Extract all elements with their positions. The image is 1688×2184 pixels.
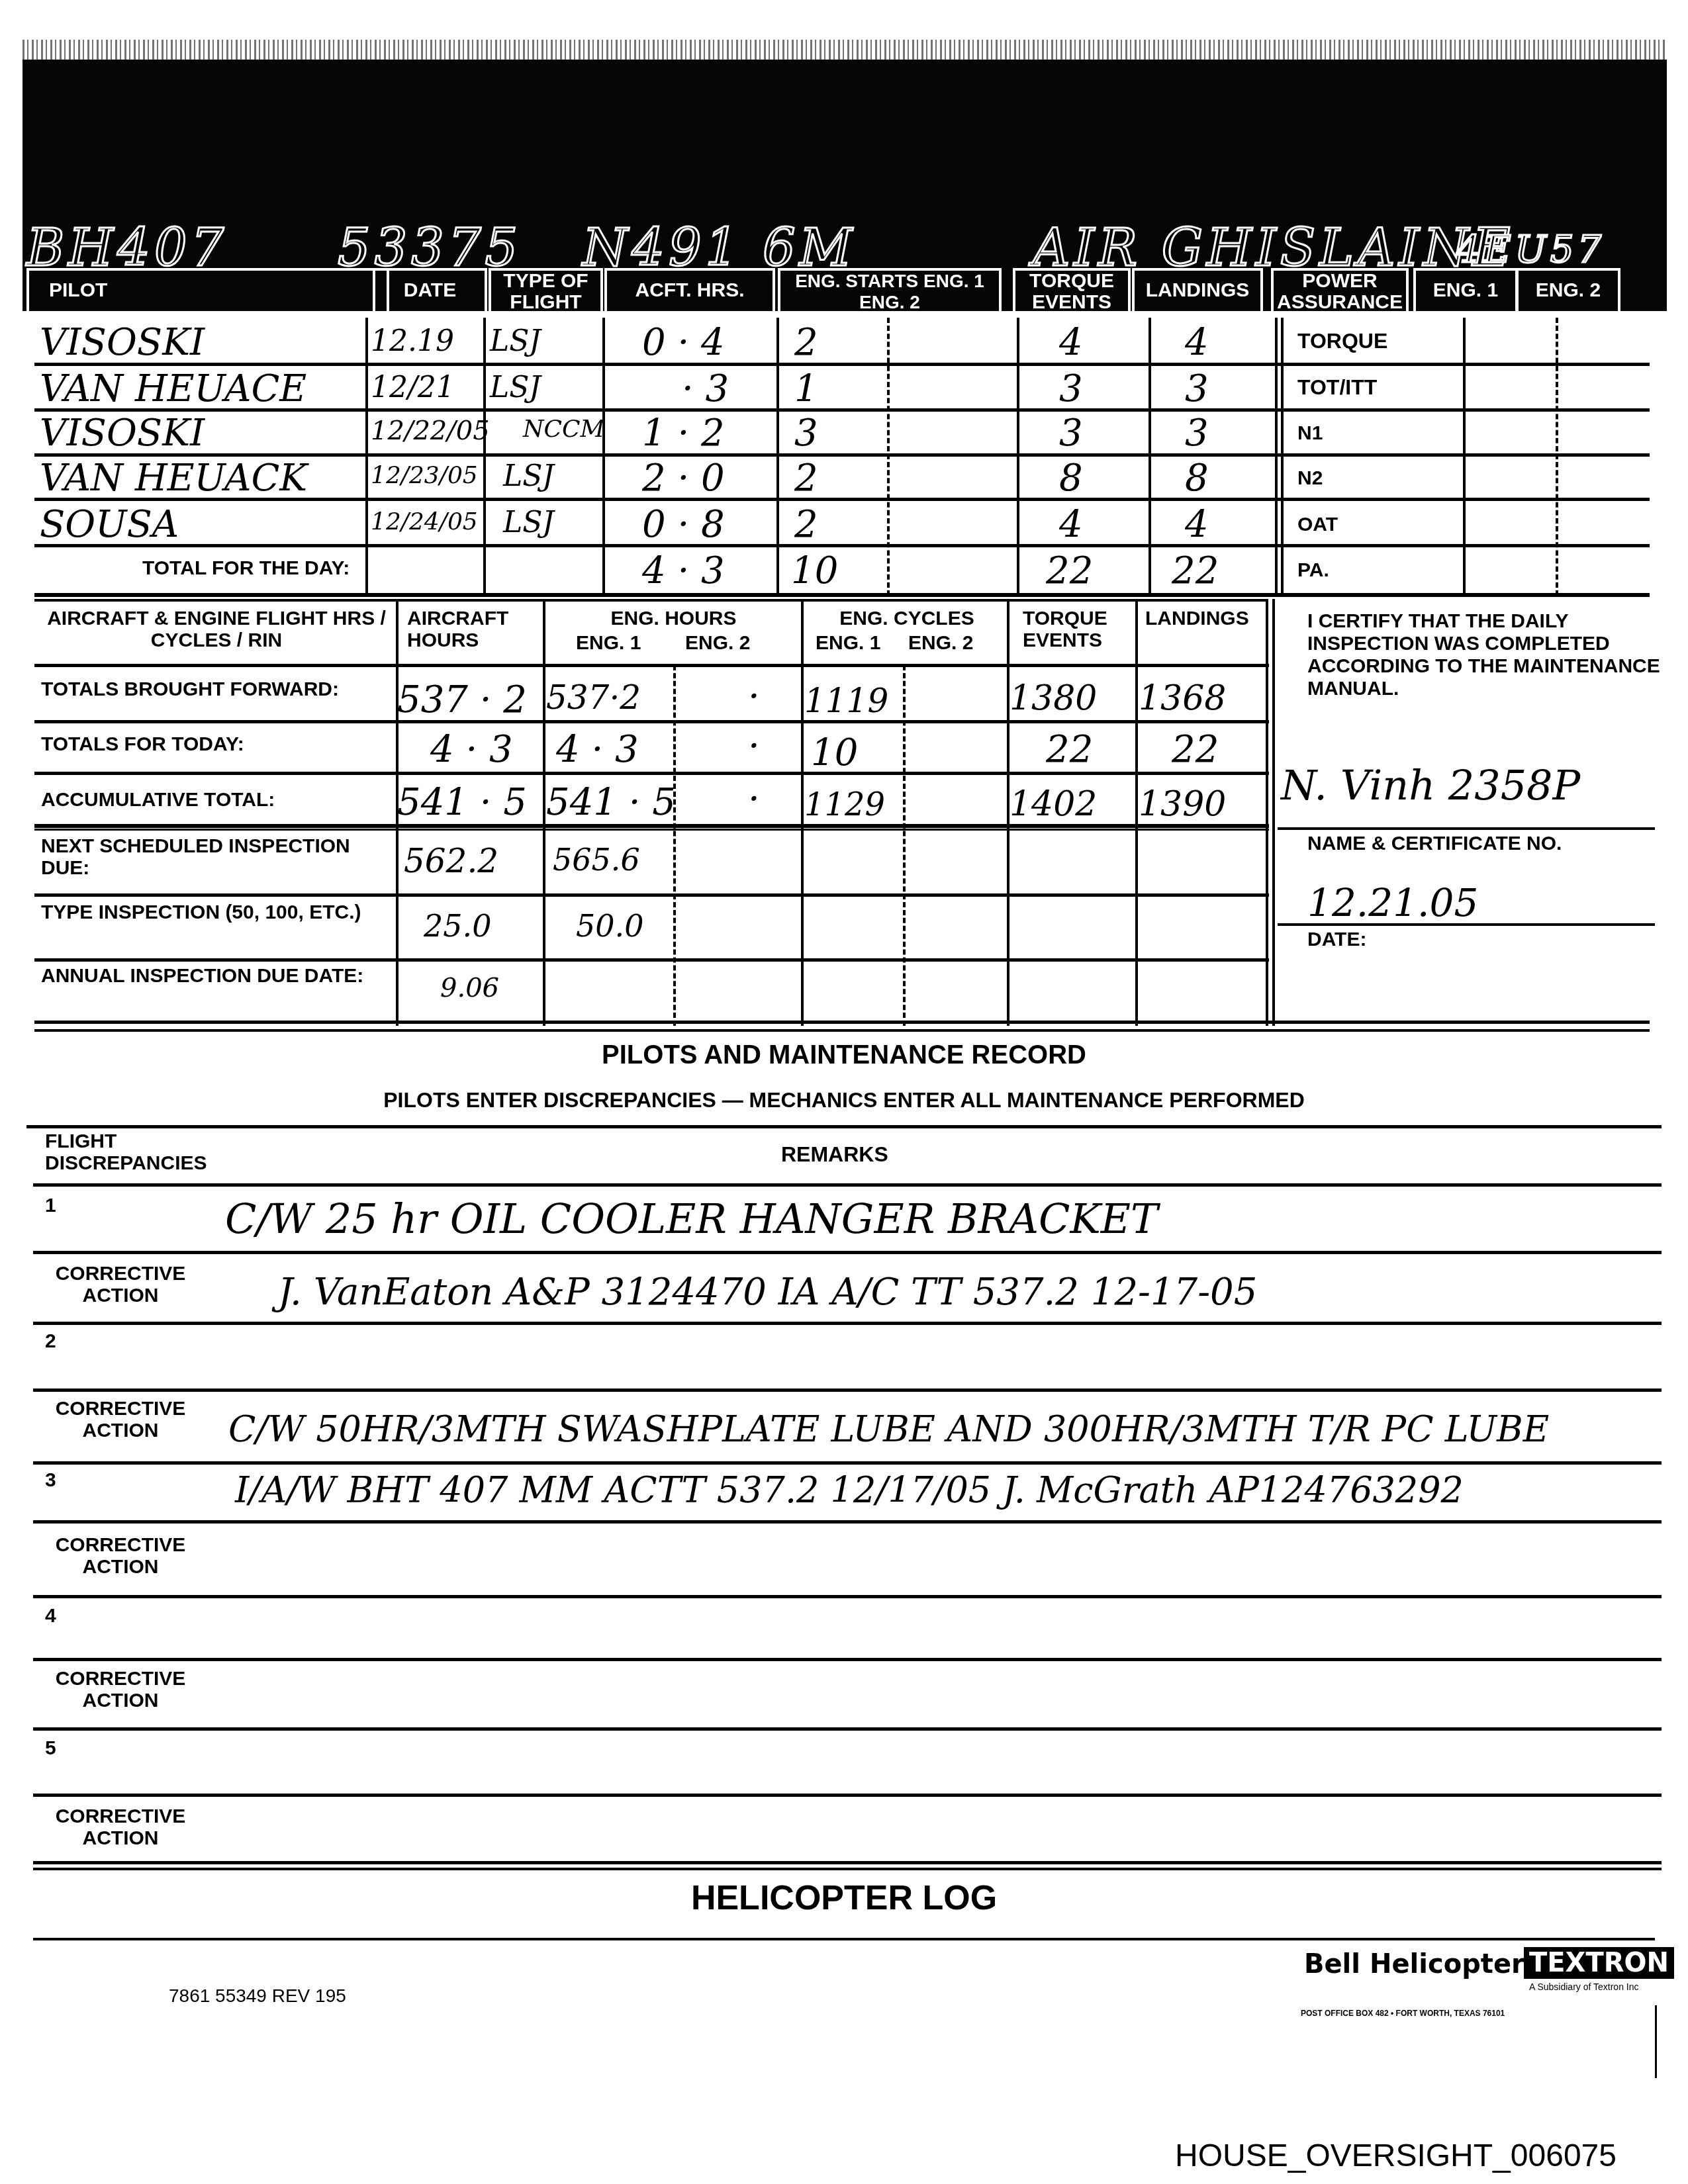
textron-box: TEXTRON xyxy=(1524,1947,1674,1979)
totals-row-label: TYPE INSPECTION (50, 100, ETC.) xyxy=(41,901,385,923)
aircraft-hours: 25.0 xyxy=(424,908,491,944)
power-assurance-label: N1 xyxy=(1297,422,1323,444)
torque-events: 1402 xyxy=(1009,784,1097,824)
torque-events: 1380 xyxy=(1009,678,1097,718)
eng1-cycles: 1119 xyxy=(804,682,888,720)
eng1-hours: 537·2 xyxy=(546,678,641,717)
col-header-eng-starts: ENG. STARTS ENG. 1 ENG. 2 xyxy=(778,268,1002,318)
pilot-name: VAN HEUACK xyxy=(40,457,307,500)
pilot-name: SOUSA xyxy=(40,503,179,546)
discrepancy-text: C/W 25 hr OIL COOLER HANGER BRACKET xyxy=(225,1195,1158,1243)
power-assurance-pa-label: PA. xyxy=(1297,559,1329,581)
acft-hrs: 2 · 0 xyxy=(642,457,725,500)
eng1-starts: 3 xyxy=(794,412,818,455)
torque-events: 4 xyxy=(1059,503,1083,546)
totals-header-eng-hours: ENG. HOURS xyxy=(549,608,798,629)
col-header-power-assurance: POWER ASSURANCE xyxy=(1271,268,1409,318)
certification-date: 12.21.05 xyxy=(1307,880,1478,925)
landings: 4 xyxy=(1185,321,1209,364)
totals-row-label: NEXT SCHEDULED INSPECTION DUE: xyxy=(41,835,385,879)
total-eng1-starts: 10 xyxy=(791,549,838,592)
flight-type: LSJ xyxy=(490,371,541,404)
totals-row-label: TOTALS FOR TODAY: xyxy=(41,733,244,755)
corrective-action-label: CORRECTIVE ACTION xyxy=(41,1398,200,1441)
totals-header-eng-cycles: ENG. CYCLES xyxy=(811,608,1003,629)
flight-type: LSJ xyxy=(503,506,554,539)
totals-row-label: TOTALS BROUGHT FORWARD: xyxy=(41,678,339,700)
power-assurance-label: TORQUE xyxy=(1297,330,1387,353)
totals-row-label: ACCUMULATIVE TOTAL: xyxy=(41,789,275,811)
entry-number: 4 xyxy=(45,1605,56,1627)
pilot-name: VISOSKI xyxy=(40,321,205,364)
col-header-landings: LANDINGS xyxy=(1132,268,1263,318)
aircraft-hours: 541 · 5 xyxy=(397,781,527,824)
landings: 1368 xyxy=(1139,678,1226,718)
eng2-hours: · xyxy=(748,778,760,821)
maintenance-record-title: PILOTS AND MAINTENANCE RECORD xyxy=(0,1040,1688,1069)
power-assurance-label: N2 xyxy=(1297,467,1323,489)
col-header-type-of-flight: TYPE OF FLIGHT xyxy=(489,268,603,318)
col-header-date: DATE xyxy=(373,268,487,318)
col-header-acft-hrs: ACFT. HRS. xyxy=(604,268,775,318)
torque-events: 3 xyxy=(1059,412,1083,455)
corrective-action-label: CORRECTIVE ACTION xyxy=(41,1805,200,1849)
form-number: 7861 55349 REV 195 xyxy=(169,1985,346,2007)
torque-events: 22 xyxy=(1046,728,1093,771)
acft-hrs: · 3 xyxy=(682,367,729,410)
flight-date: 12/22/05 xyxy=(371,416,490,446)
totals-header-eng-cycles-eng1: ENG. 1 xyxy=(816,632,880,654)
landings: 4 xyxy=(1185,503,1209,546)
col-header-pa-eng2: ENG. 2 xyxy=(1516,268,1620,318)
total-for-day-label: TOTAL FOR THE DAY: xyxy=(142,557,350,579)
torque-events: 3 xyxy=(1059,367,1083,410)
eng1-hours: 541 · 5 xyxy=(546,781,676,824)
landings: 3 xyxy=(1185,412,1209,455)
pilot-name: VISOSKI xyxy=(40,412,205,455)
eng1-cycles: 10 xyxy=(811,731,858,774)
aircraft-hours: 562.2 xyxy=(404,842,498,880)
flight-date: 12.19 xyxy=(371,324,454,358)
eng2-hours: · xyxy=(748,725,760,768)
date-label: DATE: xyxy=(1307,929,1366,950)
eng-starts-eng1-label: ENG. STARTS ENG. 1 xyxy=(795,271,984,291)
totals-row-label: ANNUAL INSPECTION DUE DATE: xyxy=(41,965,385,987)
eng1-hours: 50.0 xyxy=(576,908,643,944)
brand-address: POST OFFICE BOX 482 • FORT WORTH, TEXAS … xyxy=(1301,2009,1505,2018)
flight-date: 12/24/05 xyxy=(371,508,478,535)
eng1-hours: 565.6 xyxy=(553,842,640,878)
certification-statement: I CERTIFY THAT THE DAILY INSPECTION WAS … xyxy=(1307,610,1665,700)
col-header-pilot: PILOT xyxy=(26,268,389,318)
totals-header-eng-hours-eng2: ENG. 2 xyxy=(685,632,750,654)
entry-number: 5 xyxy=(45,1737,56,1759)
eng-starts-eng2-label: ENG. 2 xyxy=(859,292,920,312)
total-acft-hrs: 4 · 3 xyxy=(642,549,725,592)
col-header-pa-eng1: ENG. 1 xyxy=(1413,268,1518,318)
power-assurance-label: OAT xyxy=(1297,514,1338,535)
flight-date: 12/23/05 xyxy=(371,462,478,489)
total-landings: 22 xyxy=(1172,549,1219,592)
totals-header-aircraft-hours: AIRCRAFT HOURS xyxy=(407,608,533,651)
aircraft-hours: 537 · 2 xyxy=(397,678,527,721)
entry-number: 3 xyxy=(45,1469,56,1491)
col-header-torque-events: TORQUE EVENTS xyxy=(1013,268,1131,318)
flight-discrepancies-header: FLIGHT DISCREPANCIES xyxy=(45,1130,244,1174)
torque-events: 8 xyxy=(1059,457,1083,500)
eng1-starts: 2 xyxy=(794,503,818,546)
power-assurance-label: TOT/ITT xyxy=(1297,376,1377,399)
acft-hrs: 1 · 2 xyxy=(642,412,725,455)
entry-number: 1 xyxy=(45,1195,56,1216)
aircraft-hours: 9.06 xyxy=(440,973,499,1003)
aircraft-hours: 4 · 3 xyxy=(430,728,513,771)
totals-header-label: AIRCRAFT & ENGINE FLIGHT HRS / CYCLES / … xyxy=(41,608,392,651)
bates-number: HOUSE_OVERSIGHT_006075 xyxy=(1175,2138,1617,2174)
corrective-action-label: CORRECTIVE ACTION xyxy=(41,1534,200,1578)
corrective-action-text: J. VanEaton A&P 3124470 IA A/C TT 537.2 … xyxy=(278,1271,1257,1314)
header-extra: 4EU57 xyxy=(1456,228,1605,271)
helicopter-log-title: HELICOPTER LOG xyxy=(0,1880,1688,1917)
flight-date: 12/21 xyxy=(371,371,455,404)
eng1-starts: 1 xyxy=(794,367,818,410)
totals-header-torque-events: TORQUE EVENTS xyxy=(1023,608,1129,651)
flight-type: LSJ xyxy=(490,324,541,358)
landings: 8 xyxy=(1185,457,1209,500)
eng1-hours: 4 · 3 xyxy=(556,728,639,771)
total-torque-events: 22 xyxy=(1046,549,1093,592)
entry-number: 2 xyxy=(45,1330,56,1352)
pilot-name: VAN HEUACE xyxy=(40,367,306,410)
brand-name: Bell Helicopter xyxy=(1304,1949,1524,1979)
eng1-starts: 2 xyxy=(794,321,818,364)
brand-subsidiary: A Subsidiary of Textron Inc xyxy=(1529,1981,1639,1992)
name-certificate-label: NAME & CERTIFICATE NO. xyxy=(1307,833,1562,854)
inspector-signature: N. Vinh 2358P xyxy=(1281,761,1580,809)
flight-type: LSJ xyxy=(503,459,554,493)
landings: 3 xyxy=(1185,367,1209,410)
discrepancy-text: I/A/W BHT 407 MM ACTT 537.2 12/17/05 J. … xyxy=(235,1469,1464,1511)
totals-header-landings: LANDINGS xyxy=(1145,608,1249,629)
eng2-hours: · xyxy=(748,675,760,718)
remarks-header: REMARKS xyxy=(781,1143,888,1166)
acft-hrs: 0 · 4 xyxy=(642,321,725,364)
flight-type: NCCM xyxy=(523,416,604,443)
acft-hrs: 0 · 8 xyxy=(642,503,725,546)
corrective-action-label: CORRECTIVE ACTION xyxy=(41,1668,200,1711)
torque-events: 4 xyxy=(1059,321,1083,364)
totals-header-eng-hours-eng1: ENG. 1 xyxy=(576,632,641,654)
eng1-cycles: 1129 xyxy=(804,786,885,823)
eng1-starts: 2 xyxy=(794,457,818,500)
totals-header-eng-cycles-eng2: ENG. 2 xyxy=(908,632,973,654)
corrective-action-text: C/W 50HR/3MTH SWASHPLATE LUBE AND 300HR/… xyxy=(228,1408,1549,1450)
landings: 22 xyxy=(1172,728,1219,771)
landings: 1390 xyxy=(1139,784,1226,824)
corrective-action-label: CORRECTIVE ACTION xyxy=(41,1263,200,1306)
maintenance-record-subtitle: PILOTS ENTER DISCREPANCIES — MECHANICS E… xyxy=(0,1089,1688,1112)
